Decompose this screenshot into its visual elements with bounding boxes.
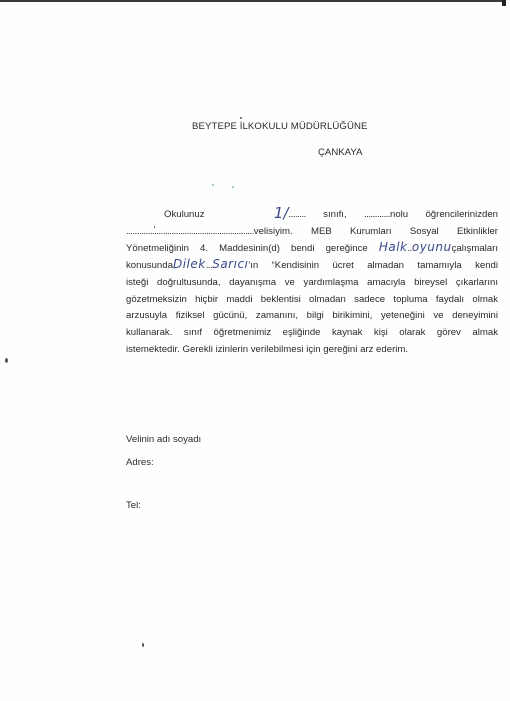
text-ogrencilerinizden: öğrencilerinizden <box>425 209 498 220</box>
body-line-3: Yönetmeliğinin 4. Maddesinin(d) bendi ge… <box>126 241 498 258</box>
text-yonetmelik: Yönetmeliğinin 4. Maddesinin(d) bendi ge… <box>126 243 368 254</box>
petition-body: Okulunuz 1/........ sınıfı, ............… <box>126 207 498 359</box>
text-kendisinin: 'ın “Kendisinin ücret almadan tamamıyla … <box>248 260 498 271</box>
scan-speck <box>154 226 155 228</box>
body-line-2: ........................................… <box>126 224 498 241</box>
student-number-blank: ............ <box>364 209 390 220</box>
addressee-city: ÇANKAYA <box>318 147 362 158</box>
scan-edge-corner <box>502 0 506 6</box>
handwritten-person-first: Dilek <box>173 257 206 271</box>
scan-speck <box>240 117 242 119</box>
handwritten-activity-2: oyunu <box>412 240 452 254</box>
handwritten-activity-1: Halk <box>379 240 408 254</box>
phone-label: Tel: <box>126 500 141 511</box>
text-nolu: nolu <box>390 209 408 220</box>
body-line-5: isteği doğrultusunda, dayanışma ve yardı… <box>126 275 498 292</box>
body-line-9: istemektedir. Gerekli izinlerin verilebi… <box>126 342 498 359</box>
body-line-4: konusundaDilek...Sarıcı'ın “Kendisinin ü… <box>126 258 498 275</box>
fill-dots: ........ <box>289 209 306 220</box>
text-konusunda: konusunda <box>126 260 173 271</box>
address-label: Adres: <box>126 457 154 468</box>
scan-speck <box>212 184 214 186</box>
addressee-heading: BEYTEPE İLKOKULU MÜDÜRLÜĞÜNE <box>192 121 368 132</box>
text-okulunuz: Okulunuz <box>164 209 205 220</box>
scan-speck <box>142 643 144 647</box>
text-sinifi: sınıfı, <box>323 209 346 220</box>
scanned-document-page: BEYTEPE İLKOKULU MÜDÜRLÜĞÜNE ÇANKAYA Oku… <box>0 0 510 701</box>
body-line-7: arzusuyla fiziksel gücünü, zamanını, bil… <box>126 308 498 325</box>
text-velisiyim: velisiyim. MEB Kurumları Sosyal Etkinlik… <box>254 226 498 237</box>
body-line-6: gözetmeksizin hiçbir maddi beklentisi ol… <box>126 292 498 309</box>
text-calismalari: çalışmaları <box>452 243 498 254</box>
scan-speck <box>232 186 234 188</box>
parent-name-label: Velinin adı soyadı <box>126 434 201 445</box>
scan-speck <box>5 358 8 363</box>
scan-edge <box>0 0 504 2</box>
body-line-1: Okulunuz 1/........ sınıfı, ............… <box>126 207 498 224</box>
handwritten-person-last: Sarıcı <box>212 257 248 271</box>
parent-name-blank: ........................................… <box>126 226 254 237</box>
body-line-8: kullanarak. sınıf öğretmenimiz eşliğinde… <box>126 325 498 342</box>
handwritten-class: 1/ <box>274 204 289 222</box>
